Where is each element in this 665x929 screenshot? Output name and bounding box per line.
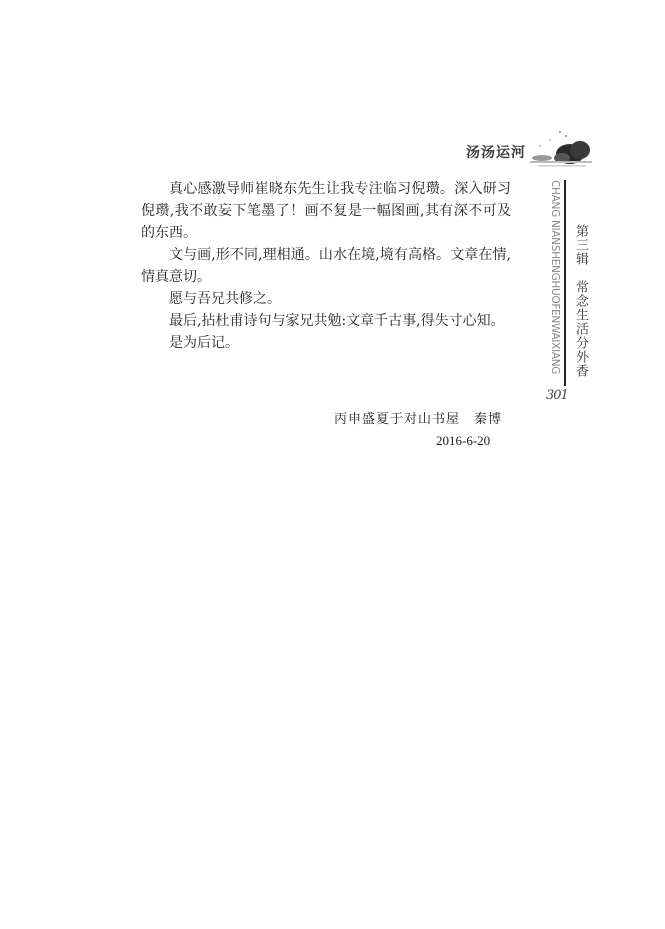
signature-date: 2016-6-20 — [436, 433, 490, 449]
paragraph: 是为后记。 — [141, 332, 511, 354]
sidebar-divider — [564, 180, 566, 386]
page-number: 301 — [546, 388, 568, 403]
paragraph: 文与画,形不同,理相通。山水在境,境有高格。文章在情,情真意切。 — [141, 244, 511, 288]
sidebar-chapter-title: 第三辑 常念生活分外香 — [571, 224, 590, 378]
page-header-title: 汤汤运河 — [466, 142, 526, 162]
paragraph: 真心感激导师崔晓东先生让我专注临习倪瓒。深入研习倪瓒,我不敢妄下笔墨了！画不复是… — [141, 178, 511, 244]
ink-landscape-icon — [520, 128, 598, 174]
signature-line: 丙申盛夏于对山书屋 秦博 — [334, 408, 502, 427]
paragraph: 最后,拈杜甫诗句与家兄共勉:文章千古事,得失寸心知。 — [141, 310, 511, 332]
paragraph: 愿与吾兄共修之。 — [141, 288, 511, 310]
body-text: 真心感激导师崔晓东先生让我专注临习倪瓒。深入研习倪瓒,我不敢妄下笔墨了！画不复是… — [141, 178, 511, 354]
sidebar-pinyin: CHANG NIANSHENGHUOFENWAIXIANG — [545, 180, 561, 390]
